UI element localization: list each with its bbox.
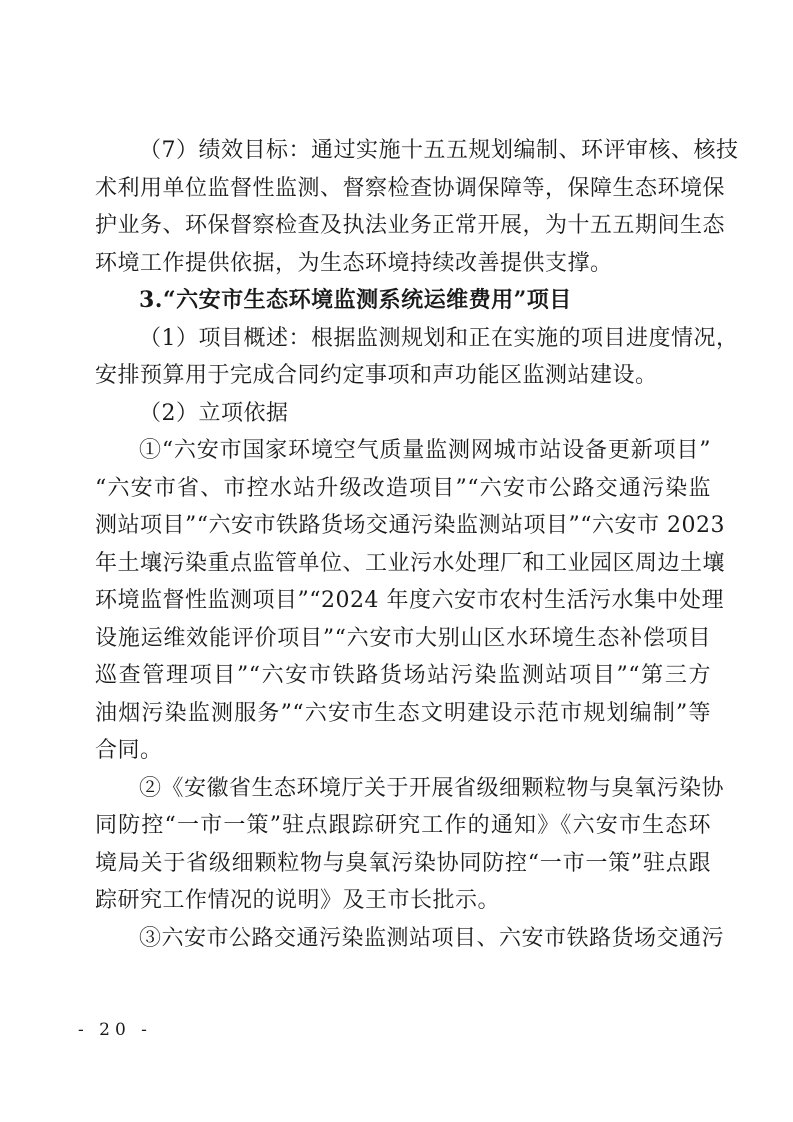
text-line: 护业务、环保督察检查及执法业务正常开展，为十五五期间生态 (95, 207, 711, 245)
text-line: （7）绩效目标：通过实施十五五规划编制、环评审核、核技 (95, 132, 711, 170)
text-line: 环境工作提供依据，为生态环境持续改善提供支撑。 (95, 245, 711, 283)
text-line: 设施运维效能评价项目”“六安市大别山区水环境生态补偿项目 (95, 620, 711, 658)
text-line: ①“六安市国家环境空气质量监测网城市站设备更新项目” (95, 432, 711, 470)
text-line: 同防控“一市一策”驻点跟踪研究工作的通知》《六安市生态环 (95, 807, 711, 845)
text-line: 3.“六安市生态环境监测系统运维费用”项目 (95, 282, 711, 320)
text-line: 踪研究工作情况的说明》及王市长批示。 (95, 882, 711, 920)
text-line: ③六安市公路交通污染监测站项目、六安市铁路货场交通污 (95, 920, 711, 958)
body-text: （7）绩效目标：通过实施十五五规划编制、环评审核、核技术利用单位监督性监测、督察… (95, 132, 711, 957)
text-line: 环境监督性监测项目”“2024 年度六安市农村生活污水集中处理 (95, 582, 711, 620)
text-line: 境局关于省级细颗粒物与臭氧污染协同防控“一市一策”驻点跟 (95, 845, 711, 883)
text-line: 安排预算用于完成合同约定事项和声功能区监测站建设。 (95, 357, 711, 395)
text-line: 术利用单位监督性监测、督察检查协调保障等，保障生态环境保 (95, 170, 711, 208)
text-line: （2）立项依据 (95, 395, 711, 433)
page-number: - 20 - (78, 1020, 152, 1040)
text-line: 油烟污染监测服务”“六安市生态文明建设示范市规划编制”等 (95, 695, 711, 733)
text-line: （1）项目概述：根据监测规划和正在实施的项目进度情况， (95, 320, 711, 358)
document-page: （7）绩效目标：通过实施十五五规划编制、环评审核、核技术利用单位监督性监测、督察… (0, 0, 793, 1122)
text-line: “六安市省、市控水站升级改造项目”“六安市公路交通污染监 (95, 470, 711, 508)
text-line: ②《安徽省生态环境厅关于开展省级细颗粒物与臭氧污染协 (95, 770, 711, 808)
text-line: 合同。 (95, 732, 711, 770)
text-line: 年土壤污染重点监管单位、工业污水处理厂和工业园区周边土壤 (95, 545, 711, 583)
text-line: 巡查管理项目”“六安市铁路货场站污染监测站项目”“第三方 (95, 657, 711, 695)
text-line: 测站项目”“六安市铁路货场交通污染监测站项目”“六安市 2023 (95, 507, 711, 545)
